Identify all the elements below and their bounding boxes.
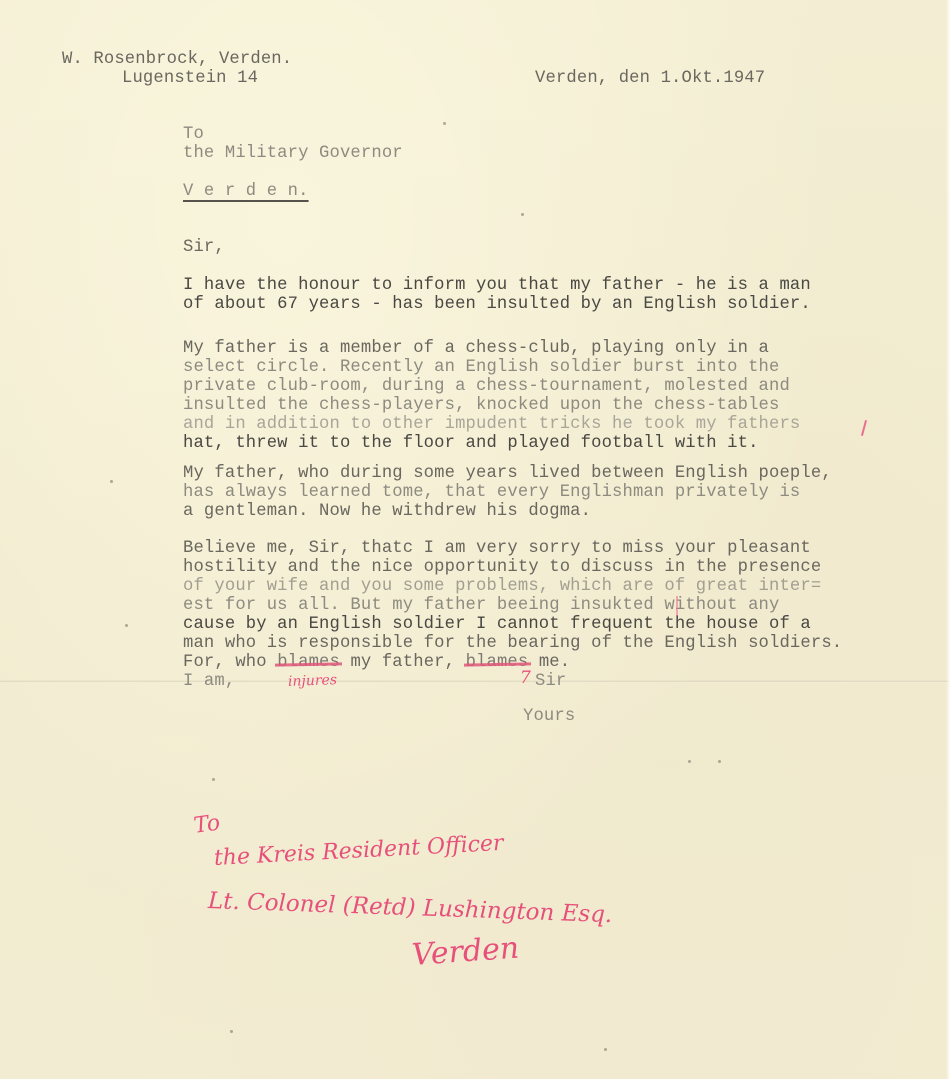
sender-name: W. Rosenbrock, Verden. — [62, 50, 292, 69]
correction-sir: Sir — [535, 672, 566, 691]
dateline: Verden, den 1.Okt.1947 — [535, 69, 765, 88]
paper-speck — [521, 213, 524, 216]
paragraph-line: has always learned tome, that every Engl… — [183, 483, 832, 502]
paragraph-line: a gentleman. Now he withdrew his dogma. — [183, 502, 832, 521]
paragraph-line: and in addition to other impudent tricks… — [183, 415, 800, 434]
paragraph-line: private club-room, during a chess-tourna… — [183, 377, 800, 396]
paragraph-3: My father, who during some years lived b… — [183, 464, 832, 521]
paper-speck — [110, 480, 113, 483]
paragraph-4: Believe me, Sir, thatc I am very sorry t… — [183, 539, 842, 653]
closing-middle: my father, — [340, 653, 466, 672]
pink-mark — [676, 596, 678, 616]
recipient-place: V e r d e n. — [183, 182, 309, 201]
closing-line: For, who blames my father, blames me. — [183, 653, 570, 672]
paragraph-line: insulted the chess-players, knocked upon… — [183, 396, 800, 415]
paragraph-line: My father is a member of a chess-club, p… — [183, 339, 800, 358]
paper-edge — [946, 0, 950, 1079]
paragraph-1: I have the honour to inform you that my … — [183, 276, 811, 314]
paper-speck — [688, 760, 691, 763]
handwritten-to: To — [192, 810, 221, 838]
sender-address: Lugenstein 14 — [122, 69, 258, 88]
paper-speck — [443, 122, 446, 125]
yours: Yours — [523, 707, 575, 726]
paper-speck — [718, 760, 721, 763]
paragraph-line: est for us all. But my father beeing ins… — [183, 596, 842, 615]
paragraph-2: My father is a member of a chess-club, p… — [183, 339, 800, 453]
salutation: Sir, — [183, 238, 225, 257]
i-am: I am, — [183, 672, 235, 691]
closing-prefix: For, who — [183, 653, 277, 672]
closing-suffix: me. — [528, 653, 570, 672]
paper-speck — [230, 1030, 233, 1033]
struck-word-1: blames — [277, 653, 340, 672]
paragraph-line: man who is responsible for the bearing o… — [183, 634, 842, 653]
paragraph-line: of about 67 years - has been insulted by… — [183, 295, 811, 314]
paper-speck — [212, 778, 215, 781]
paragraph-line: select circle. Recently an English soldi… — [183, 358, 800, 377]
handwritten-verden: Verden — [411, 931, 520, 973]
paragraph-line: My father, who during some years lived b… — [183, 464, 832, 483]
paper-fold-crease — [0, 680, 950, 683]
recipient-to: To — [183, 125, 204, 144]
recipient-title: the Military Governor — [183, 144, 403, 163]
correction-injures: injures — [288, 672, 338, 690]
paragraph-line: of your wife and you some problems, whic… — [183, 577, 842, 596]
correction-overwrite: 7 — [520, 668, 531, 688]
paragraph-line: hat, threw it to the floor and played fo… — [183, 434, 800, 453]
paragraph-line: hostility and the nice opportunity to di… — [183, 558, 842, 577]
paper-speck — [125, 624, 128, 627]
struck-word-2: blames — [466, 653, 529, 672]
paragraph-line: I have the honour to inform you that my … — [183, 276, 811, 295]
paragraph-line: cause by an English soldier I cannot fre… — [183, 615, 842, 634]
paper-speck — [604, 1048, 607, 1051]
paragraph-line: Believe me, Sir, thatc I am very sorry t… — [183, 539, 842, 558]
